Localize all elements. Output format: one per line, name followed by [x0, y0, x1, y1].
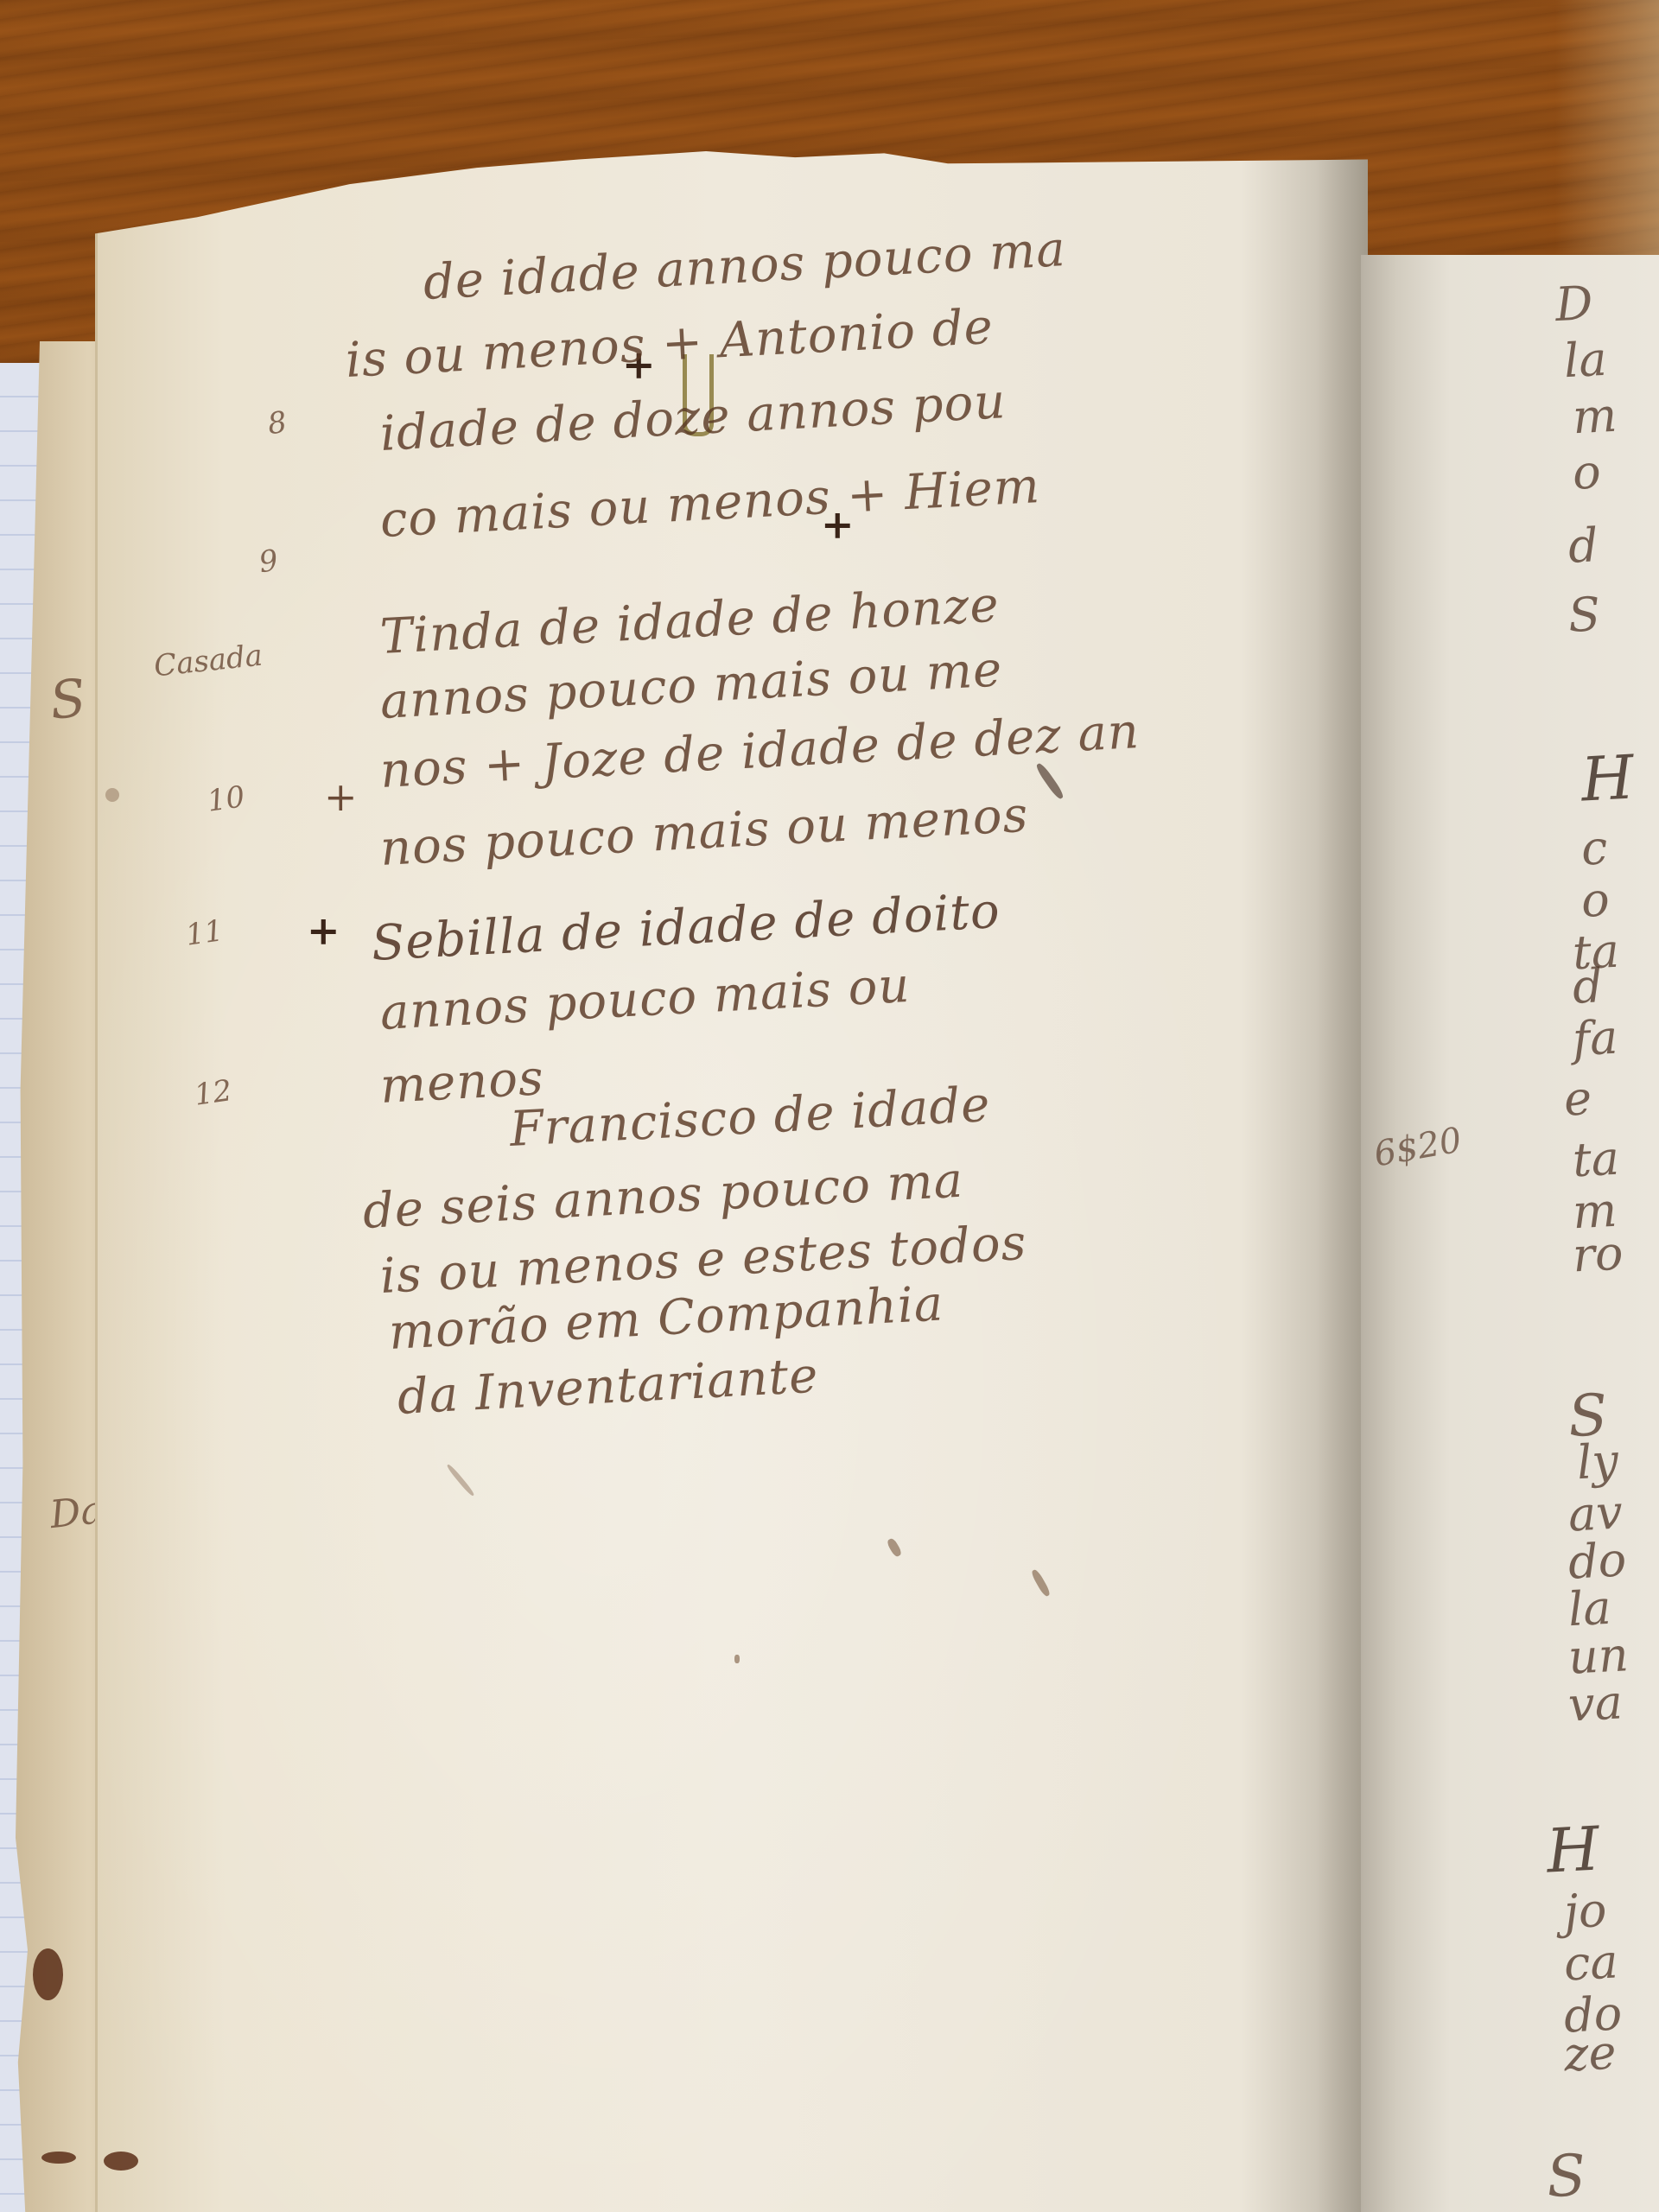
partial-line: d [1567, 518, 1599, 574]
partial-line: S [1545, 2142, 1587, 2210]
cross-mark: + [324, 773, 358, 820]
partial-line: ro [1571, 1226, 1624, 1283]
ink-stain [33, 1948, 63, 2000]
entry-number: 10 [205, 779, 246, 819]
partial-line: c [1580, 820, 1609, 875]
partial-line: o [1571, 444, 1602, 500]
partial-line: ly [1575, 1433, 1619, 1490]
entry-number: 11 [183, 913, 225, 953]
underlying-page-letter: S [47, 668, 88, 732]
partial-line: ta [1571, 1131, 1620, 1188]
partial-line: va [1567, 1675, 1624, 1732]
partial-line: ca [1562, 1934, 1619, 1991]
page-fold-shadow [1316, 151, 1368, 2212]
partial-line: la [1562, 332, 1608, 389]
cross-mark: + [307, 907, 340, 954]
partial-line: d [1571, 958, 1604, 1014]
partial-line: D [1554, 276, 1594, 332]
table-highlight [1555, 0, 1659, 276]
partial-line: ze [1562, 2024, 1618, 2082]
ink-speck [734, 1655, 740, 1663]
entry-number: 12 [192, 1073, 233, 1113]
ink-stain [41, 2152, 76, 2164]
partial-line: S [1567, 587, 1601, 643]
partial-line: fa [1571, 1010, 1618, 1067]
partial-line: m [1571, 388, 1618, 445]
partial-line: H [1545, 1813, 1601, 1886]
partial-line: o [1580, 872, 1611, 928]
ink-stain [104, 2152, 138, 2171]
partial-line: e [1562, 1071, 1592, 1127]
ink-dot [105, 788, 119, 802]
partial-line: jo [1562, 1883, 1607, 1939]
partial-line: H [1580, 741, 1636, 815]
